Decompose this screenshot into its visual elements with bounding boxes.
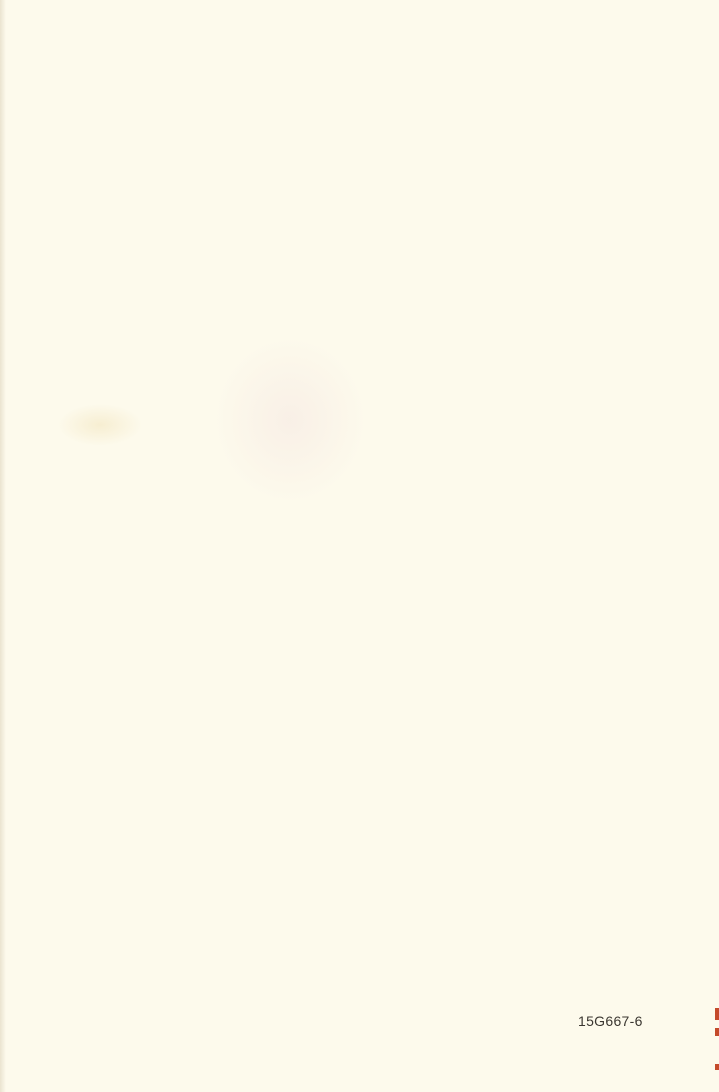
paper-page: 15G667-6	[0, 0, 719, 1092]
catalog-number: 15G667-6	[578, 1013, 643, 1029]
edge-color-marks	[715, 1008, 719, 1078]
